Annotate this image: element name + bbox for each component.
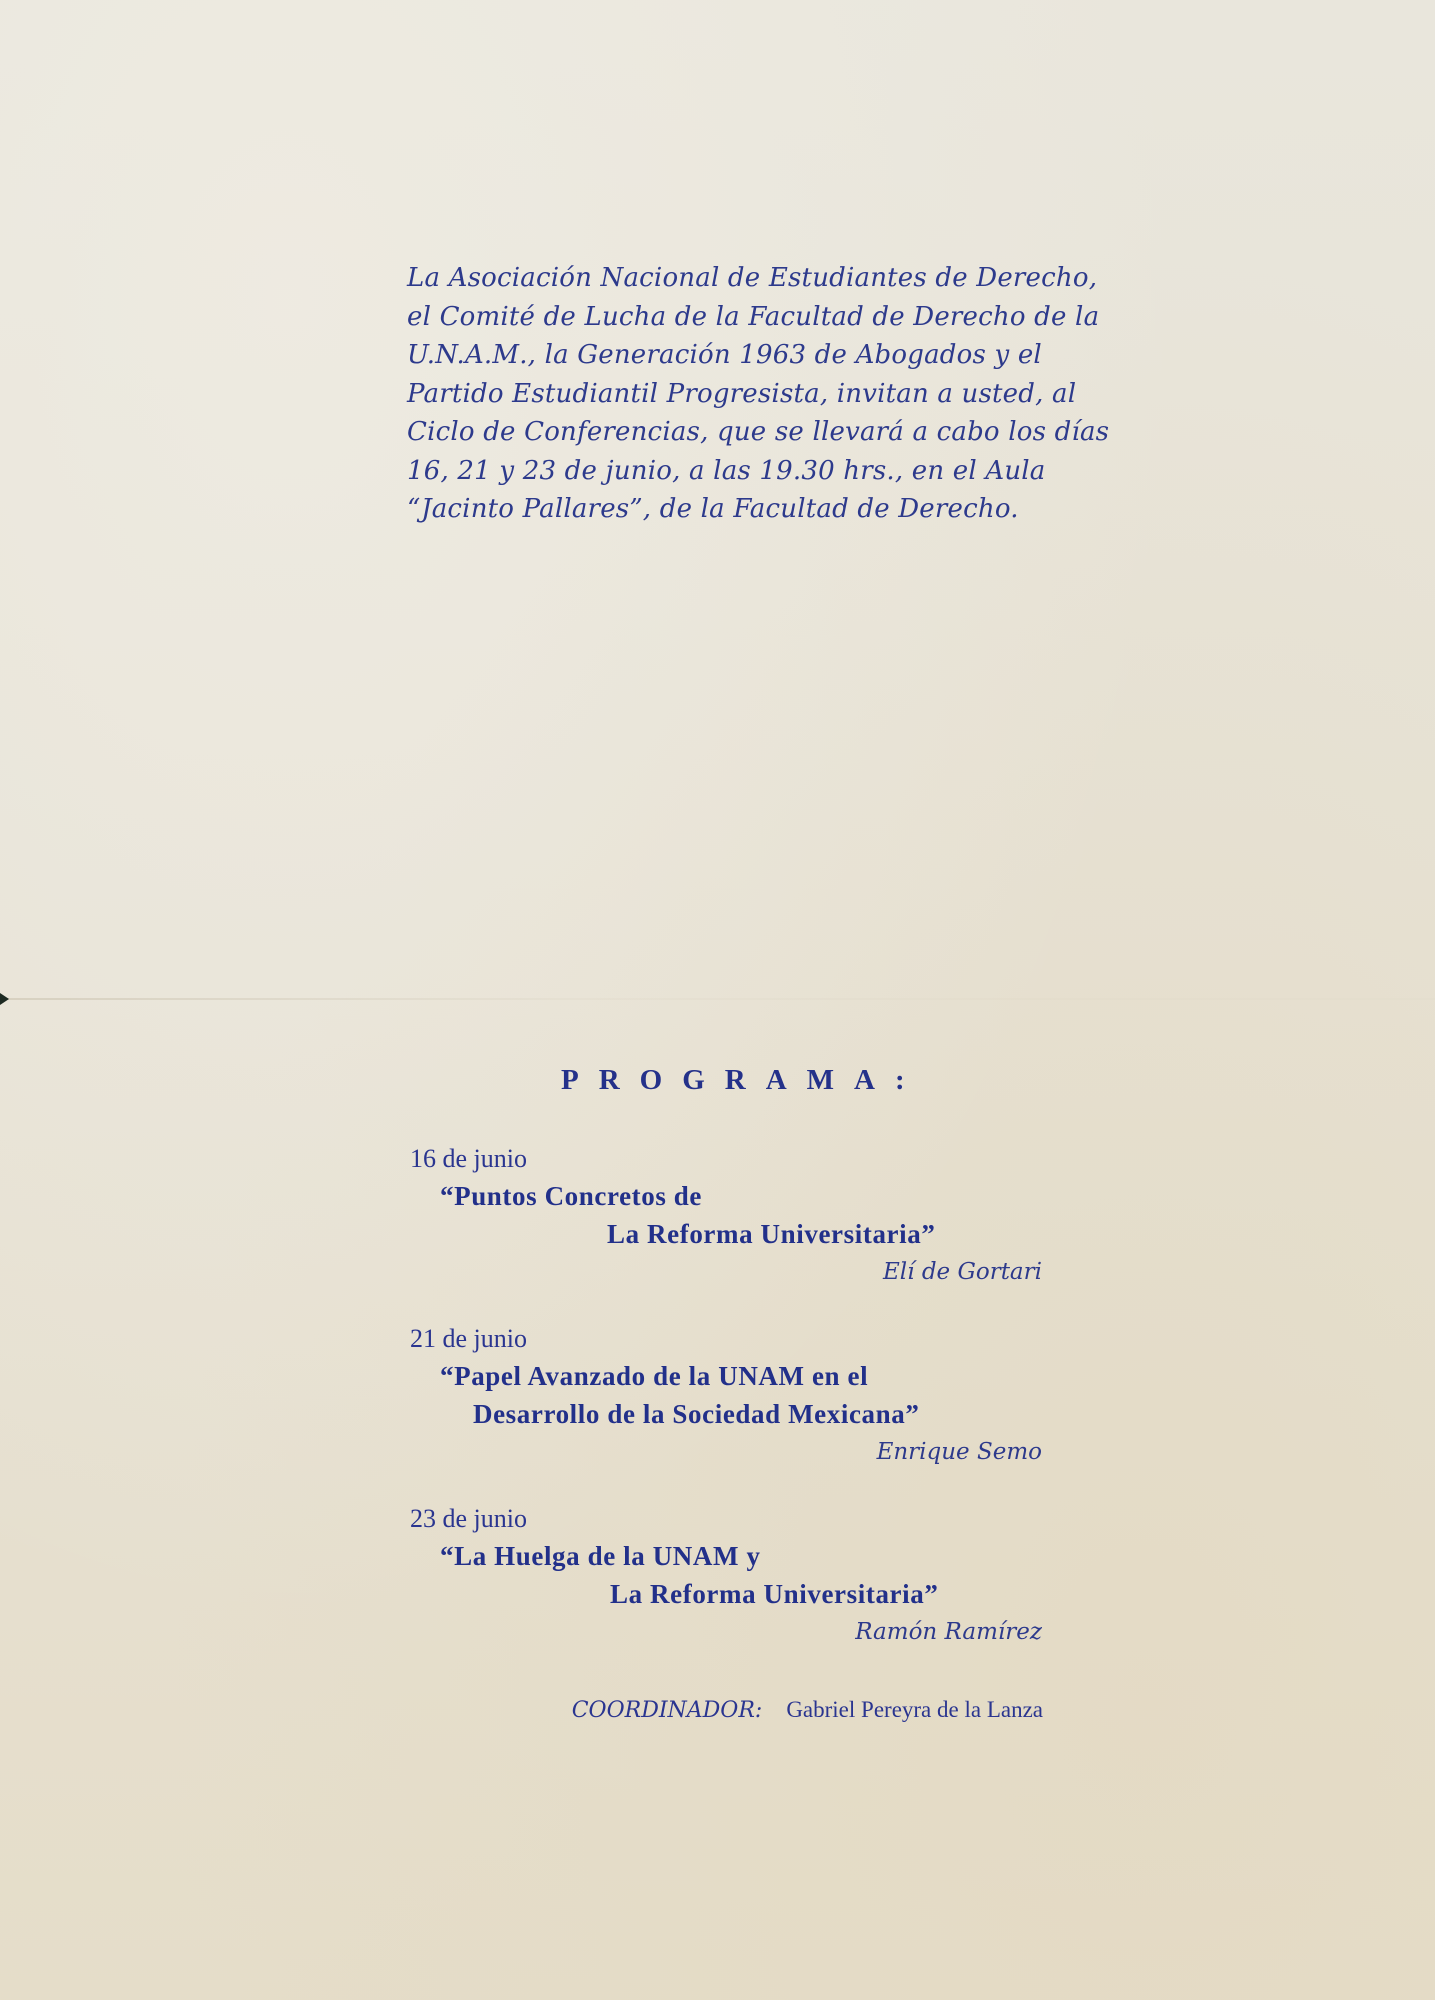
- program-event: 23 de junio “La Huelga de la UNAM y La R…: [410, 1501, 1042, 1651]
- event-title-line: “Puntos Concretos de: [410, 1177, 1042, 1215]
- event-title-line: La Reforma Universitaria”: [410, 1215, 1042, 1253]
- intro-line: 16, 21 y 23 de junio, a las 19.30 hrs., …: [407, 452, 1042, 491]
- intro-line: el Comité de Lucha de la Facultad de Der…: [407, 298, 1042, 337]
- event-speaker: Ramón Ramírez: [410, 1613, 1042, 1651]
- event-speaker: Elí de Gortari: [410, 1253, 1042, 1291]
- event-speaker: Enrique Semo: [410, 1433, 1042, 1471]
- event-title-line: “Papel Avanzado de la UNAM en el: [410, 1357, 1042, 1395]
- intro-line: U.N.A.M., la Generación 1963 de Abogados…: [407, 336, 1042, 375]
- event-title-line: La Reforma Universitaria”: [410, 1575, 1042, 1613]
- intro-line: “Jacinto Pallares”, de la Facultad de De…: [407, 490, 1042, 529]
- event-title-line: Desarrollo de la Sociedad Mexicana”: [410, 1395, 1042, 1433]
- event-date: 16 de junio: [410, 1141, 1042, 1177]
- intro-line: Ciclo de Conferencias, que se llevará a …: [407, 413, 1042, 452]
- event-title-line: “La Huelga de la UNAM y: [410, 1537, 1042, 1575]
- intro-line: Partido Estudiantil Progresista, invitan…: [407, 375, 1042, 414]
- paper-fold-line: [0, 998, 1435, 1000]
- invitation-page: La Asociación Nacional de Estudiantes de…: [0, 0, 1435, 2000]
- invitation-paragraph: La Asociación Nacional de Estudiantes de…: [407, 259, 1042, 529]
- intro-line: La Asociación Nacional de Estudiantes de…: [407, 259, 1042, 298]
- coordinator-name: Gabriel Pereyra de la Lanza: [786, 1697, 1043, 1722]
- programa-heading: PROGRAMA:: [561, 1064, 925, 1097]
- coordinator-label: COORDINADOR:: [572, 1698, 763, 1723]
- fold-mark-icon: [0, 993, 9, 1005]
- event-date: 23 de junio: [410, 1501, 1042, 1537]
- program-event: 16 de junio “Puntos Concretos de La Refo…: [410, 1141, 1042, 1291]
- coordinator-line: COORDINADOR: Gabriel Pereyra de la Lanza: [503, 1697, 1043, 1723]
- event-date: 21 de junio: [410, 1321, 1042, 1357]
- program-event: 21 de junio “Papel Avanzado de la UNAM e…: [410, 1321, 1042, 1471]
